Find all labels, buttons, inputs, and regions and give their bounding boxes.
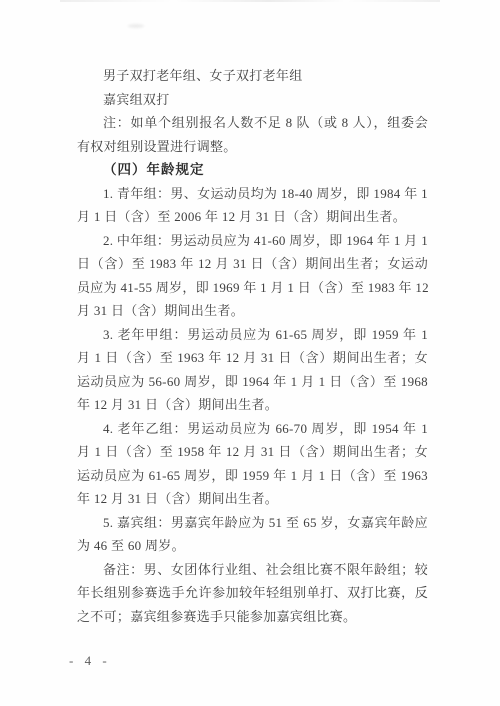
document-line: 运动员应为 56-60 周岁，即 1964 年 1 月 1 日（含）至 1968 [77,370,428,394]
document-line: 注：如单个组别报名人数不足 8 队（或 8 人），组委会 [77,111,428,135]
scan-edge-artifact [60,0,440,2]
scan-smudge-artifact [128,24,144,28]
document-line: 之不可；嘉宾组参赛选手只能参加嘉宾组比赛。 [77,605,428,629]
page-number: - 4 - [69,653,111,669]
document-line: 年长组别参赛选手允许参加较年轻组别单打、双打比赛，反 [77,581,428,605]
document-line: 男子双打老年组、女子双打老年组 [77,64,428,88]
document-line: 3. 老年甲组：男运动员应为 61-65 周岁，即 1959 年 1 [77,323,428,347]
document-line: 月 1 日（含）至 2006 年 12 月 31 日（含）期间出生者。 [77,205,428,229]
document-line: 年 12 月 31 日（含）期间出生者。 [77,393,428,417]
document-line: 嘉宾组双打 [77,88,428,112]
document-body: 男子双打老年组、女子双打老年组嘉宾组双打注：如单个组别报名人数不足 8 队（或 … [77,64,428,628]
document-line: 月 1 日（含）至 1963 年 12 月 31 日（含）期间出生者；女 [77,346,428,370]
document-line: 日（含）至 1983 年 12 月 31 日（含）期间出生者；女运动 [77,252,428,276]
document-line: 备注：男、女团体行业组、社会组比赛不限年龄组；较 [77,558,428,582]
document-line: 5. 嘉宾组：男嘉宾年龄应为 51 至 65 岁，女嘉宾年龄应 [77,511,428,535]
document-line: 年 12 月 31 日（含）期间出生者。 [77,487,428,511]
document-line: 月 1 日（含）至 1958 年 12 月 31 日（含）期间出生者；女 [77,440,428,464]
document-line: 有权对组别设置进行调整。 [77,135,428,159]
document-line: 4. 老年乙组：男运动员应为 66-70 周岁，即 1954 年 1 [77,417,428,441]
document-line: 1. 青年组：男、女运动员均为 18-40 周岁，即 1984 年 1 [77,182,428,206]
document-line: 月 31 日（含）期间出生者。 [77,299,428,323]
section-heading: （四）年龄规定 [77,158,428,182]
document-line: 为 46 至 60 周岁。 [77,534,428,558]
document-page: 男子双打老年组、女子双打老年组嘉宾组双打注：如单个组别报名人数不足 8 队（或 … [0,0,500,706]
document-line: 运动员应为 61-65 周岁，即 1959 年 1 月 1 日（含）至 1963 [77,464,428,488]
document-line: 员应为 41-55 周岁，即 1969 年 1 月 1 日（含）至 1983 年… [77,276,428,300]
document-line: 2. 中年组：男运动员应为 41-60 周岁，即 1964 年 1 月 1 [77,229,428,253]
